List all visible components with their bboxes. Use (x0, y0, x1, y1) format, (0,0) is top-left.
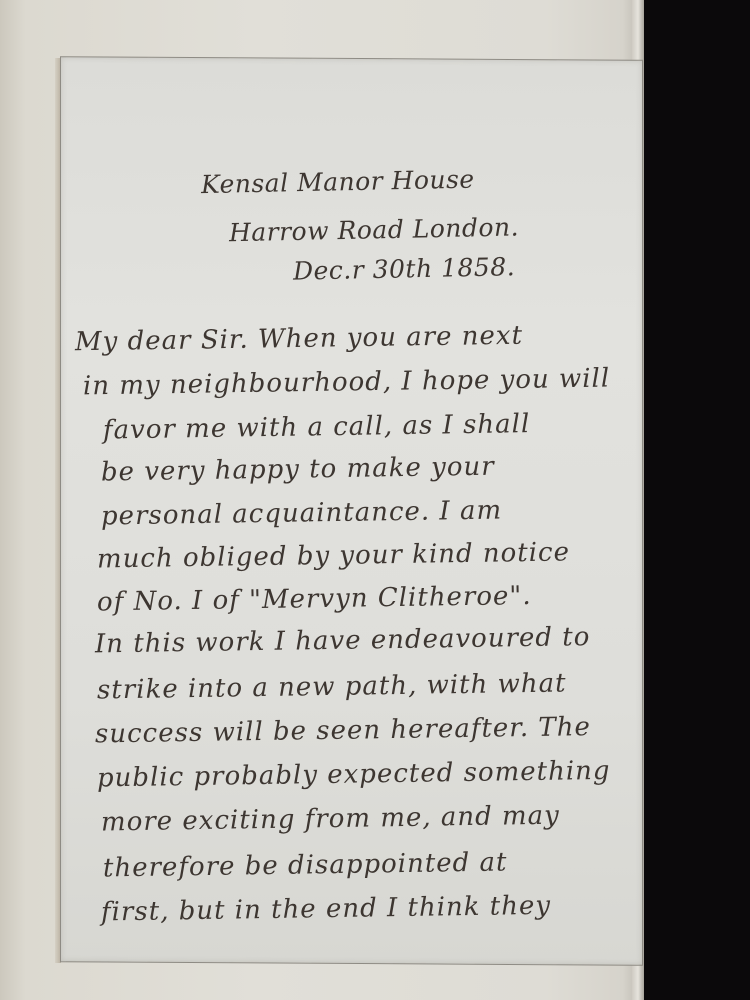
photo-scene: Kensal Manor House Harrow Road London. D… (0, 0, 750, 1000)
body-line: therefore be disappointed at (103, 847, 508, 883)
mounted-letter: Kensal Manor House Harrow Road London. D… (60, 56, 643, 966)
body-line: be very happy to make your (101, 452, 495, 488)
body-line: much obliged by your kind notice (97, 537, 571, 574)
body-line: favor me with a call, as I shall (103, 409, 531, 445)
letter-date: Dec.r 30th 1858. (293, 252, 516, 285)
body-line: success will be seen hereafter. The (95, 712, 591, 749)
body-line: In this work I have endeavoured to (95, 622, 591, 659)
letter-text: Kensal Manor House Harrow Road London. D… (61, 57, 642, 965)
body-line: My dear Sir. When you are next (75, 321, 524, 358)
body-line: public probably expected something (97, 756, 611, 794)
body-line: of No. I of "Mervyn Clitheroe". (97, 581, 532, 617)
body-line: more exciting from me, and may (101, 801, 560, 838)
body-line: in my neighbourhood, I hope you will (83, 364, 611, 402)
address-line-1: Kensal Manor House (201, 165, 475, 199)
address-line-2: Harrow Road London. (229, 212, 520, 247)
body-line: strike into a new path, with what (97, 668, 567, 705)
body-line: personal acquaintance. I am (101, 496, 503, 532)
body-line: first, but in the end I think they (101, 891, 552, 928)
